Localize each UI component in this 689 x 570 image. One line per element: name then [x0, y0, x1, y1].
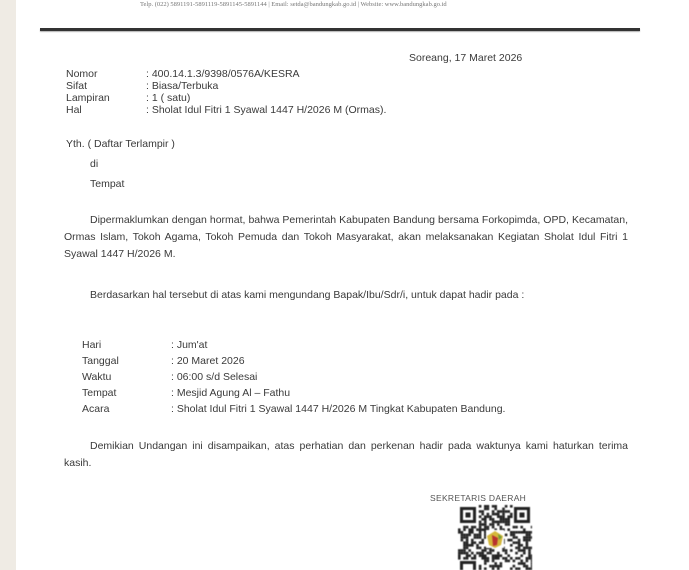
event-value: : 20 Maret 2026	[171, 355, 245, 367]
event-value: : Jum'at	[171, 339, 207, 351]
event-label: Tanggal	[82, 355, 119, 367]
event-value: : Mesjid Agung Al – Fathu	[171, 387, 290, 399]
letterhead-divider	[40, 28, 640, 31]
event-value: : Sholat Idul Fitri 1 Syawal 1447 H/2026…	[171, 403, 505, 415]
event-label: Hari	[82, 339, 101, 351]
signer-title: SEKRETARIS DAERAH	[430, 493, 526, 503]
recipient-tempat: Tempat	[90, 178, 124, 190]
paragraph-closing: Demikian Undangan ini disampaikan, atas …	[64, 438, 628, 472]
qr-code-signature	[458, 505, 532, 570]
event-value: : 06:00 s/d Selesai	[171, 371, 257, 383]
paragraph-invitation: Berdasarkan hal tersebut di atas kami me…	[64, 287, 628, 304]
regency-emblem-icon	[486, 530, 504, 548]
meta-label: Sifat	[66, 80, 87, 92]
meta-value: : 1 ( satu)	[146, 92, 190, 104]
meta-value: : Biasa/Terbuka	[146, 80, 218, 92]
meta-label: Hal	[66, 104, 82, 116]
meta-label: Nomor	[66, 68, 98, 80]
letterhead-contact-line: Telp. (022) 5891191-5891119-5891145-5891…	[140, 0, 689, 9]
paragraph-opening-text: Dipermaklumkan dengan hormat, bahwa Peme…	[64, 214, 628, 260]
letter-page: Telp. (022) 5891191-5891119-5891145-5891…	[16, 0, 689, 570]
paragraph-invitation-text: Berdasarkan hal tersebut di atas kami me…	[90, 289, 524, 301]
paragraph-closing-text: Demikian Undangan ini disampaikan, atas …	[64, 440, 628, 469]
place-date: Soreang, 17 Maret 2026	[409, 52, 522, 64]
event-label: Tempat	[82, 387, 116, 399]
recipient-di: di	[90, 158, 98, 170]
meta-value: : Sholat Idul Fitri 1 Syawal 1447 H/2026…	[146, 104, 386, 116]
meta-label: Lampiran	[66, 92, 110, 104]
background-surface	[0, 0, 16, 570]
meta-value: : 400.14.1.3/9398/0576A/KESRA	[146, 68, 300, 80]
paragraph-opening: Dipermaklumkan dengan hormat, bahwa Peme…	[64, 212, 628, 263]
event-label: Waktu	[82, 371, 111, 383]
event-label: Acara	[82, 403, 109, 415]
recipient-line: Yth. ( Daftar Terlampir )	[66, 138, 175, 150]
